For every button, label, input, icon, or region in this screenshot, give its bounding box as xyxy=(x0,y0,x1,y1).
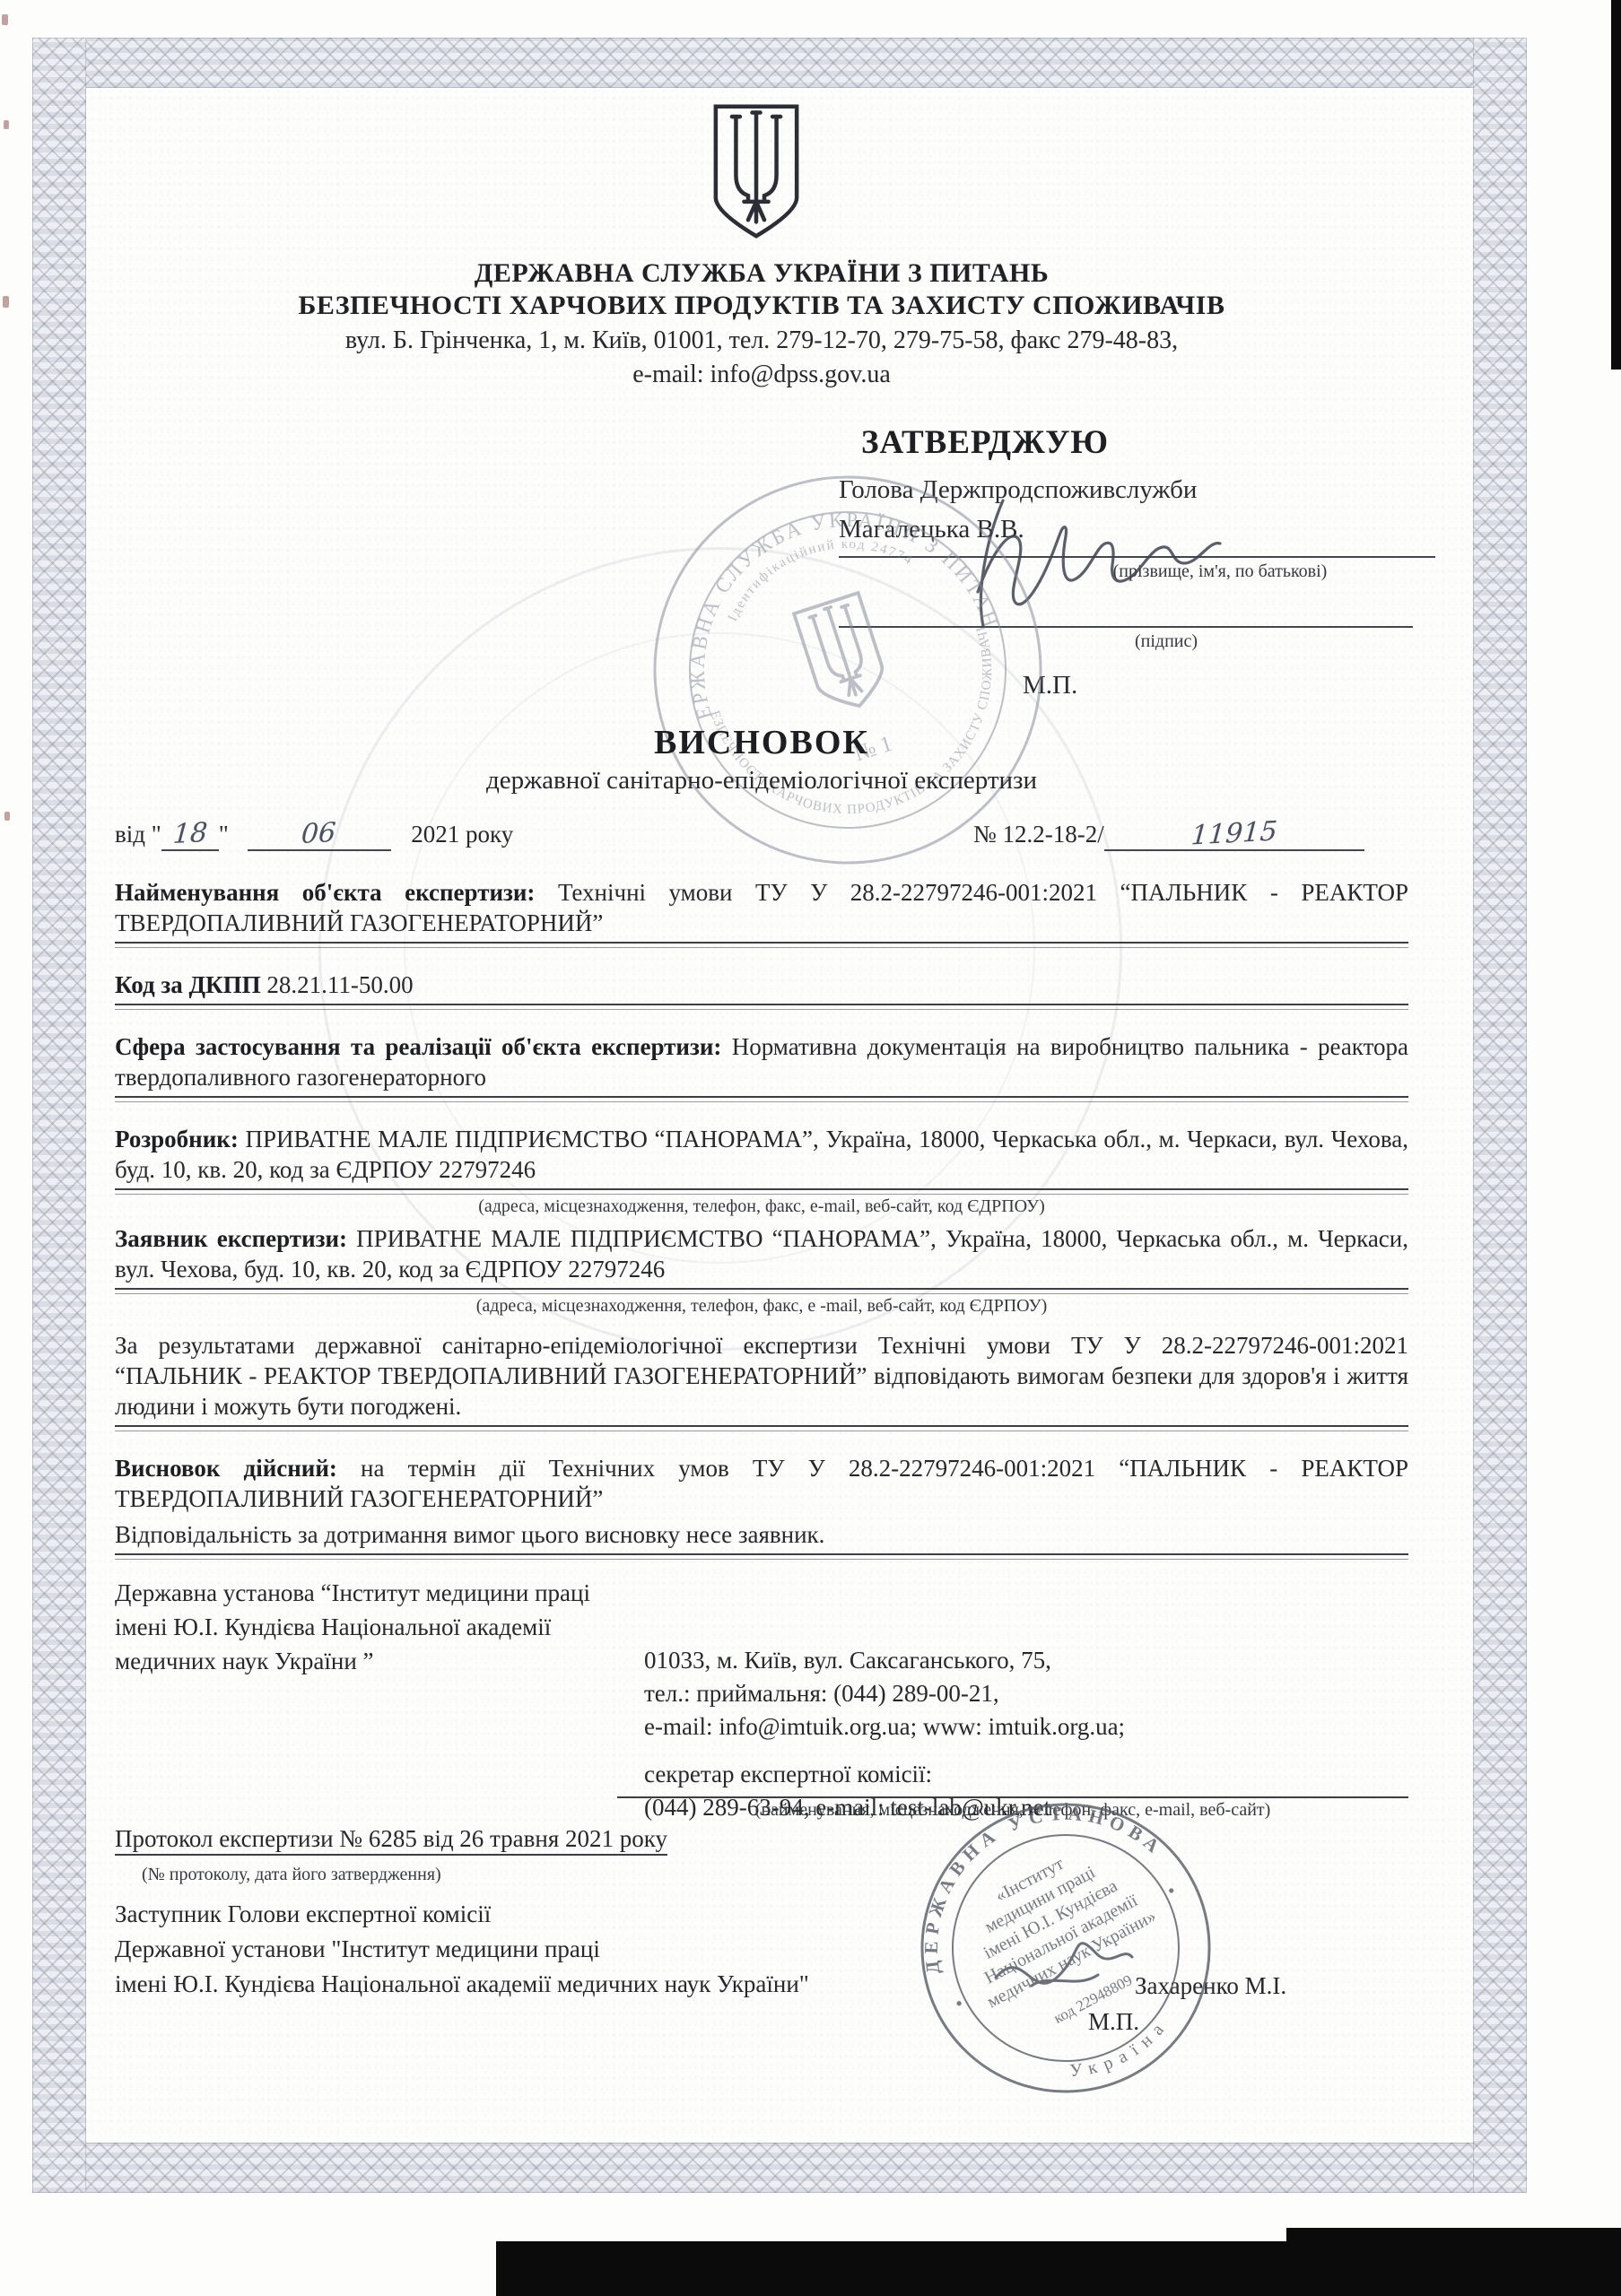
doc-number-line: № 12.2-18-2/11915 xyxy=(973,818,1364,851)
section-validity-label: Висновок дійсний: xyxy=(115,1455,337,1482)
red-speck-artifact xyxy=(4,120,9,129)
doc-number-handwritten: 11915 xyxy=(1190,816,1278,852)
section-responsibility-text: Відповідальність за дотримання вимог цьо… xyxy=(115,1519,1408,1550)
section-scope: Сфера застосування та реалізації об'єкта… xyxy=(115,1031,1408,1102)
section-object: Найменування об'єкта експертизи: Технічн… xyxy=(115,877,1408,948)
section-object-label: Найменування об'єкта експертизи: xyxy=(115,879,535,906)
institution-phone: тел.: приймальня: (044) 289-00-21, xyxy=(644,1677,1125,1710)
section-rule xyxy=(115,1425,1408,1431)
scan-artifact-bottom-bar xyxy=(496,2241,1621,2296)
approval-label: ЗАТВЕРДЖУЮ xyxy=(861,423,1109,462)
section-result-text: За результатами державної санітарно-епід… xyxy=(115,1330,1408,1422)
section-rule xyxy=(115,1188,1408,1195)
border-frame-top xyxy=(32,38,1527,88)
border-frame-left xyxy=(32,38,86,2193)
approval-sign-caption: (підпис) xyxy=(1059,631,1274,652)
section-developer-caption: (адреса, місцезнаходження, телефон, факс… xyxy=(115,1196,1408,1216)
date-day-handwritten: 18 xyxy=(171,817,208,850)
trident-emblem-icon xyxy=(697,100,815,242)
org-email: e-mail: info@dpss.gov.ua xyxy=(115,359,1408,391)
doc-title: ВИСНОВОК xyxy=(115,723,1408,762)
org-name-line1: ДЕРЖАВНА СЛУЖБА УКРАЇНИ З ПИТАНЬ xyxy=(115,257,1408,290)
section-result: За результатами державної санітарно-епід… xyxy=(115,1330,1408,1431)
red-speck-artifact xyxy=(2,14,8,25)
section-validity: Висновок дійсний: на термін дії Технічни… xyxy=(115,1453,1408,1560)
section-rule xyxy=(115,942,1408,948)
institution-secretary-label: секретар експертної комісії: xyxy=(644,1758,1125,1791)
section-applicant: Заявник експертизи: ПРИВАТНЕ МАЛЕ ПІДПРИ… xyxy=(115,1223,1408,1316)
section-developer-label: Розробник: xyxy=(115,1126,239,1152)
doc-subtitle: державної санітарно-епідеміологічної екс… xyxy=(115,766,1408,796)
border-frame-right xyxy=(1473,38,1527,2193)
stamp1-trident-icon xyxy=(794,593,892,717)
date-month-handwritten: 06 xyxy=(301,817,337,850)
institution-email-web: e-mail: info@imtuik.org.ua; www: imtuik.… xyxy=(644,1710,1125,1744)
scan-artifact-right-bar xyxy=(1611,0,1621,370)
institution-name: Державна установа “Інститут медицини пра… xyxy=(115,1576,653,1678)
date-year: 2021 року xyxy=(411,821,513,848)
section-scope-label: Сфера застосування та реалізації об'єкта… xyxy=(115,1033,721,1060)
org-address: вул. Б. Грінченка, 1, м. Київ, 01001, те… xyxy=(115,325,1408,357)
institution-name-line1: Державна установа “Інститут медицини пра… xyxy=(115,1576,653,1610)
org-name-line2: БЕЗПЕЧНОСТІ ХАРЧОВИХ ПРОДУКТІВ ТА ЗАХИСТ… xyxy=(115,290,1408,322)
section-code-label: Код за ДКПП xyxy=(115,971,261,998)
section-developer-text: ПРИВАТНЕ МАЛЕ ПІДПРИЄМСТВО “ПАНОРАМА”, У… xyxy=(115,1126,1408,1183)
svg-text:•: • xyxy=(951,1992,968,2015)
institution-name-line2: імені Ю.І. Кундієва Національної академі… xyxy=(115,1610,653,1644)
red-speck-artifact xyxy=(4,812,10,821)
section-applicant-caption: (адреса, місцезнаходження, телефон, факс… xyxy=(115,1296,1408,1316)
doc-number-label: № 12.2-18-2/ xyxy=(973,821,1104,848)
protocol-line: Протокол експертизи № 6285 від 26 травня… xyxy=(115,1825,667,1856)
official-round-stamp-institute: ДЕРЖАВНА УСТАНОВА Україна «Інститут меди… xyxy=(897,1794,1238,2144)
scanned-certificate-page: ДЕРЖАВНА СЛУЖБА УКРАЇНИ З ПИТАНЬ БЕЗПЕЧН… xyxy=(0,0,1621,2296)
section-applicant-label: Заявник експертизи: xyxy=(115,1225,347,1252)
border-frame-bottom xyxy=(32,2143,1527,2193)
section-code-text: 28.21.11-50.00 xyxy=(261,971,414,998)
institution-block: Державна установа “Інститут медицини пра… xyxy=(115,1576,1408,1811)
svg-text:•: • xyxy=(1163,1879,1180,1902)
date-quote: " xyxy=(219,821,229,848)
section-rule xyxy=(115,1096,1408,1102)
date-line: від "18" 06 2021 року xyxy=(115,818,513,851)
red-speck-artifact xyxy=(3,296,9,308)
institution-name-line3: медичних наук України ” xyxy=(115,1644,653,1678)
section-rule xyxy=(115,1004,1408,1010)
section-code: Код за ДКПП 28.21.11-50.00 xyxy=(115,970,1408,1010)
section-rule xyxy=(115,1288,1408,1294)
institution-address: 01033, м. Київ, вул. Саксаганського, 75, xyxy=(644,1644,1125,1677)
section-rule xyxy=(115,1553,1408,1560)
date-prefix: від " xyxy=(115,821,161,848)
section-developer: Розробник: ПРИВАТНЕ МАЛЕ ПІДПРИЄМСТВО “П… xyxy=(115,1124,1408,1216)
